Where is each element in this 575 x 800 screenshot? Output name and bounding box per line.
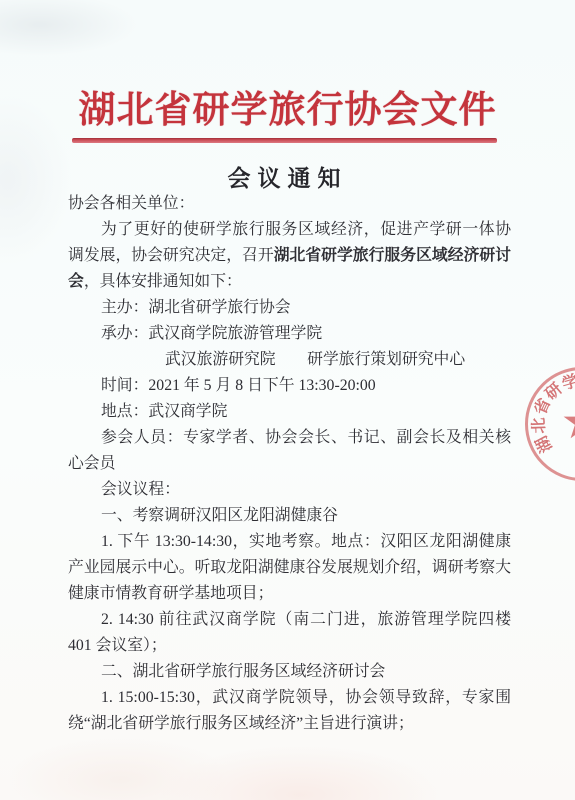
host-line: 主办：湖北省研学旅行协会 [68, 295, 511, 321]
doc-body: 协会各相关单位： 为了更好的使研学旅行服务区域经济，促进产学研一体协调发展，协会… [68, 191, 511, 737]
agenda-item-5: 1. 15:00-15:30，武汉商学院领导，协会领导致辞，专家围绕“湖北省研学… [68, 685, 511, 737]
title-divider-rule [72, 138, 497, 143]
intro-post: ，具体安排通知如下： [84, 273, 242, 290]
agenda-heading: 会议议程： [68, 477, 511, 503]
salutation: 协会各相关单位： [68, 191, 511, 217]
seal-char-hu: 湖 [533, 432, 557, 456]
venue-line: 地点：武汉商学院 [68, 399, 511, 425]
organizer-line-2: 武汉旅游研究院 研学旅行策划研究中心 [68, 347, 511, 373]
organizer-line: 承办：武汉商学院旅游管理学院 [68, 321, 511, 347]
document-page: 湖北省研学旅行协会文件 会议通知 协会各相关单位： 为了更好的使研学旅行服务区域… [0, 0, 575, 800]
doc-title: 湖北省研学旅行协会文件 [0, 79, 575, 133]
seal-star-icon: ★ [560, 394, 575, 450]
attendees-line: 参会人员：专家学者、协会会长、书记、副会长及相关核心会员 [68, 425, 511, 477]
agenda-item-4: 二、湖北省研学旅行服务区域经济研讨会 [68, 659, 511, 685]
intro-paragraph: 为了更好的使研学旅行服务区域经济，促进产学研一体协调发展，协会研究决定，召开湖北… [68, 217, 511, 295]
time-line: 时间：2021 年 5 月 8 日下午 13:30-20:00 [68, 373, 511, 399]
agenda-item-2: 1. 下午 13:30-14:30，实地考察。地点：汉阳区龙阳湖健康产业园展示中… [68, 529, 511, 607]
agenda-item-3: 2. 14:30 前往武汉商学院（南二门进，旅游管理学院四楼 401 会议室）； [68, 607, 511, 659]
seal-char-bei: 北 [531, 416, 550, 435]
agenda-item-1: 一、考察调研汉阳区龙阳湖健康谷 [68, 503, 511, 529]
doc-subtitle: 会议通知 [0, 160, 575, 193]
official-seal: 湖 北 省 研 学 ★ [525, 367, 575, 481]
